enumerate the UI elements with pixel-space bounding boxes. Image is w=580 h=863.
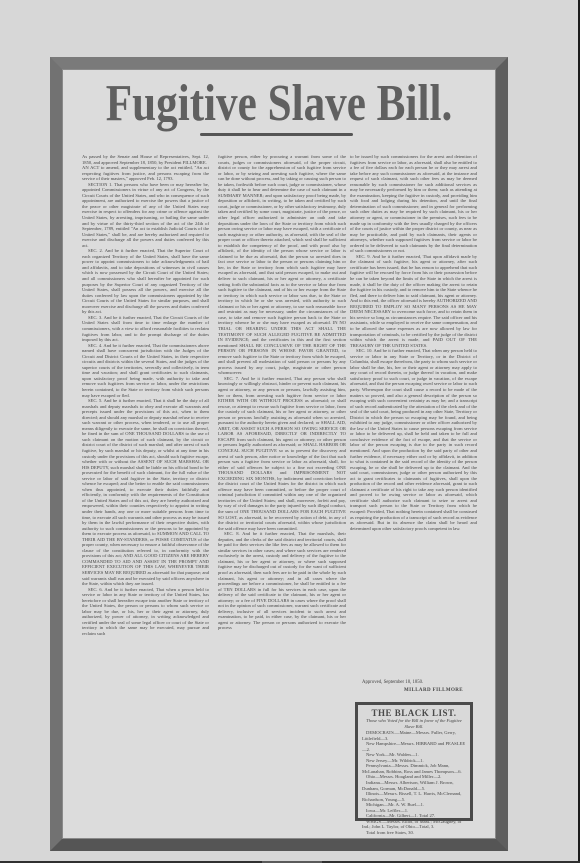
black-list-item: Total from free States, 30. (362, 830, 466, 836)
document-title: Fugitive Slave Bill. (99, 76, 459, 132)
black-list-item: WHIGS.—Messrs. Elliot, of Mass.; McGaugh… (362, 819, 466, 830)
paragraph: SEC. 2. And be it further enacted, That … (82, 248, 209, 315)
black-list-item: DEMOCRATS.—Maine—Messrs. Fuller, Gerry, … (362, 730, 466, 741)
paragraph: SEC. 8. And be it further enacted, That … (218, 531, 346, 631)
text-column-2: fugitive person, either by procuring a w… (218, 154, 346, 842)
paragraph: SEC. 10. And be it further enacted, That… (350, 348, 477, 531)
paragraph: SECTION 1. That persons who have been or… (82, 182, 209, 249)
black-list-items: DEMOCRATS.—Maine—Messrs. Fuller, Gerry, … (362, 730, 466, 835)
black-list-item: Illinois—Messrs. Bissell, T. L. Harris, … (362, 791, 466, 802)
paragraph: SEC. 6. And be it further enacted, That … (82, 587, 209, 637)
paragraph: to be issued by such commissioners for t… (350, 154, 477, 254)
black-list-item: Pennsylvania—Messrs. Dimmick, Job Mann, … (362, 763, 466, 774)
approval-date: Approved, September 18, 1850. (362, 680, 423, 685)
paragraph: SEC. 7. And be it further enacted, That … (218, 376, 346, 531)
signature: MILLARD FILLMORE (404, 688, 463, 693)
title-underline (200, 133, 353, 136)
paragraph: AN ACT to amend, and supplementary to th… (82, 165, 209, 182)
black-list-title: THE BLACK LIST. (362, 708, 466, 718)
paragraph: SEC. 4. And be it further enacted, That … (82, 343, 209, 398)
text-column-1: As passed by the Senate and House of Rep… (82, 154, 209, 842)
paragraph: fugitive person, either by procuring a w… (218, 154, 346, 376)
black-list-box: THE BLACK LIST. Those who Voted for the … (355, 702, 473, 821)
paragraph: SEC. 9. And be it further enacted, That … (350, 254, 477, 348)
paragraph: SEC. 5. And be it further enacted, That … (82, 398, 209, 587)
black-list-subtitle: Those who Voted for the Bill in favor of… (362, 718, 466, 729)
black-list-item: Indiana—Messrs. Albertson, William J. Br… (362, 780, 466, 791)
paragraph: SEC. 3. And be it further enacted, That … (82, 315, 209, 343)
paragraph: As passed by the Senate and House of Rep… (82, 154, 209, 165)
broadside-frame: Fugitive Slave Bill. As passed by the Se… (50, 57, 508, 851)
text-column-3: to be issued by such commissioners for t… (350, 154, 477, 710)
black-list-item: New Hampshire—Messrs. HIBBARD and PEASLE… (362, 741, 466, 752)
